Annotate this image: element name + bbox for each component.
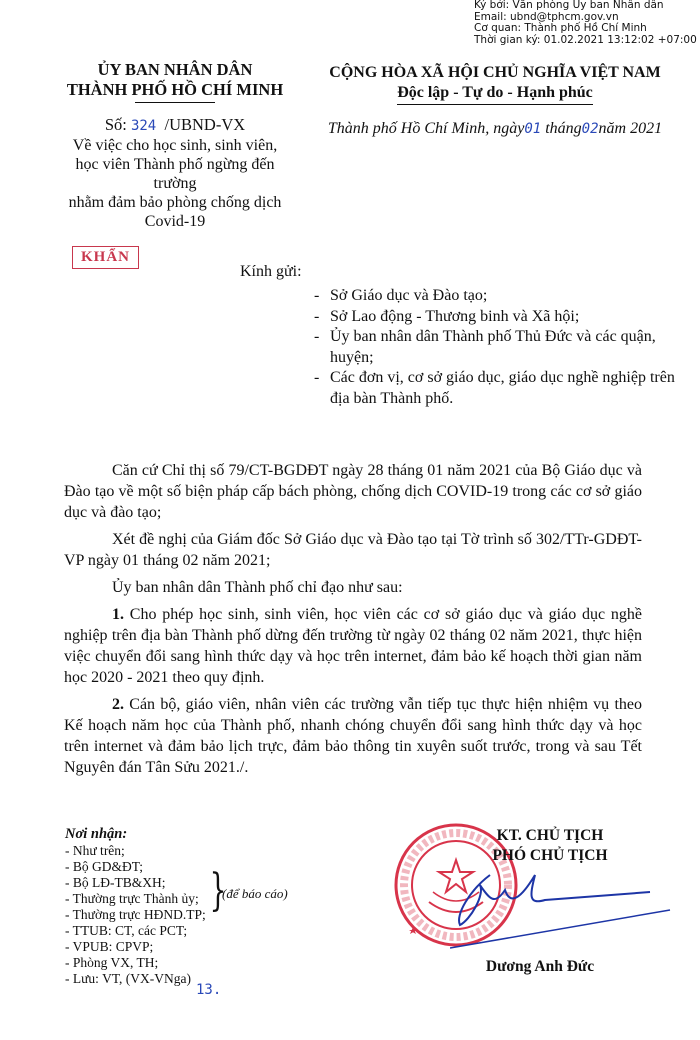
digital-signature-info: Ký bởi: Văn phòng Ủy ban Nhân dân Email:…	[474, 0, 697, 46]
authority-line1: ỦY BAN NHÂN DÂN	[55, 60, 295, 80]
date-month-handwritten: 02	[582, 121, 599, 137]
signature-title: KT. CHỦ TỊCH PHÓ CHỦ TỊCH	[450, 826, 650, 866]
recipients-list: Nơi nhận: - Như trên; - Bộ GD&ĐT; - Bộ L…	[65, 826, 206, 987]
signature-signer: Ký bởi: Văn phòng Ủy ban Nhân dân	[474, 0, 697, 12]
date-text: tháng	[541, 120, 581, 137]
item-text: Cán bộ, giáo viên, nhân viên các trường …	[64, 696, 642, 776]
recipient-item: - Bộ LĐ-TB&XH;	[65, 875, 206, 891]
document-number: Số: 324 /UBND-VX	[55, 115, 295, 135]
signer-name: Dương Anh Đức	[440, 958, 640, 976]
directive-item-2: 2. Cán bộ, giáo viên, nhân viên các trườ…	[64, 694, 642, 778]
date-text: năm 2021	[599, 120, 663, 137]
signature-time: Thời gian ký: 01.02.2021 13:12:02 +07:00	[474, 35, 697, 47]
addressee-item: Sở Lao động - Thương binh và Xã hội;	[314, 307, 684, 328]
document-body: Căn cứ Chỉ thị số 79/CT-BGDĐT ngày 28 th…	[64, 460, 642, 784]
recipient-item: - TTUB: CT, các PCT;	[65, 923, 206, 939]
signature-agency: Cơ quan: Thành phố Hồ Chí Minh	[474, 23, 697, 35]
body-paragraph: Xét đề nghị của Giám đốc Sở Giáo dục và …	[64, 529, 642, 571]
recipient-item: - Lưu: VT, (VX-VNga)	[65, 971, 206, 987]
addressee-item: Các đơn vị, cơ sở giáo dục, giáo dục ngh…	[314, 368, 684, 409]
subject-line: nhằm đảm bảo phòng chống dịch	[55, 193, 295, 212]
addressee-item: Sở Giáo dục và Đào tạo;	[314, 286, 684, 307]
national-motto: CỘNG HÒA XÃ HỘI CHỦ NGHĨA VIỆT NAM Độc l…	[300, 63, 690, 105]
recipient-item: - VPUB: CPVP;	[65, 939, 206, 955]
recipient-item: - Phòng VX, TH;	[65, 955, 206, 971]
body-paragraph: Ủy ban nhân dân Thành phố chỉ đạo như sa…	[64, 577, 642, 598]
item-text: Cho phép học sinh, sinh viên, học viên c…	[64, 606, 642, 686]
recipients-title: Nơi nhận:	[65, 826, 206, 842]
subject-line: Về việc cho học sinh, sinh viên,	[55, 136, 295, 155]
handwritten-signature-icon	[450, 870, 680, 950]
date-text: Thành phố Hồ Chí Minh, ngày	[328, 120, 524, 137]
authority-line2: THÀNH PHỐ HỒ CHÍ MINH	[55, 80, 295, 100]
issuing-authority: ỦY BAN NHÂN DÂN THÀNH PHỐ HỒ CHÍ MINH	[55, 60, 295, 103]
bracket-note: (để báo cáo)	[222, 886, 288, 902]
subject-line: Covid-19	[55, 212, 295, 231]
motto-line2: Độc lập - Tự do - Hạnh phúc	[397, 83, 593, 105]
signature-title-line2: PHÓ CHỦ TỊCH	[450, 846, 650, 866]
doc-number-handwritten: 324	[131, 118, 156, 134]
motto-line1: CỘNG HÒA XÃ HỘI CHỦ NGHĨA VIỆT NAM	[300, 63, 690, 83]
addressee-list: Sở Giáo dục và Đào tạo; Sở Lao động - Th…	[314, 286, 684, 409]
document-subject: Về việc cho học sinh, sinh viên, học viê…	[55, 136, 295, 231]
addressee-label: Kính gửi:	[240, 263, 302, 281]
document-date: Thành phố Hồ Chí Minh, ngày01 tháng02năm…	[300, 120, 690, 138]
directive-item-1: 1. Cho phép học sinh, sinh viên, học viê…	[64, 604, 642, 688]
item-number: 2.	[112, 696, 124, 713]
recipient-item: - Thường trực HĐND.TP;	[65, 907, 206, 923]
recipient-item: - Bộ GD&ĐT;	[65, 859, 206, 875]
date-day-handwritten: 01	[524, 121, 541, 137]
handwritten-count: 13.	[196, 982, 221, 998]
signature-title-line1: KT. CHỦ TỊCH	[450, 826, 650, 846]
item-number: 1.	[112, 606, 124, 623]
addressee-item: Ủy ban nhân dân Thành phố Thủ Đức và các…	[314, 327, 684, 368]
urgent-stamp: KHẨN	[72, 246, 139, 269]
subject-line: học viên Thành phố ngừng đến trường	[55, 155, 295, 193]
body-paragraph: Căn cứ Chỉ thị số 79/CT-BGDĐT ngày 28 th…	[64, 460, 642, 523]
recipient-item: - Như trên;	[65, 843, 206, 859]
recipient-item: - Thường trực Thành ủy;	[65, 891, 206, 907]
authority-underline	[135, 102, 215, 103]
doc-number-prefix: Số:	[105, 115, 127, 134]
doc-number-suffix: /UBND-VX	[165, 115, 246, 134]
